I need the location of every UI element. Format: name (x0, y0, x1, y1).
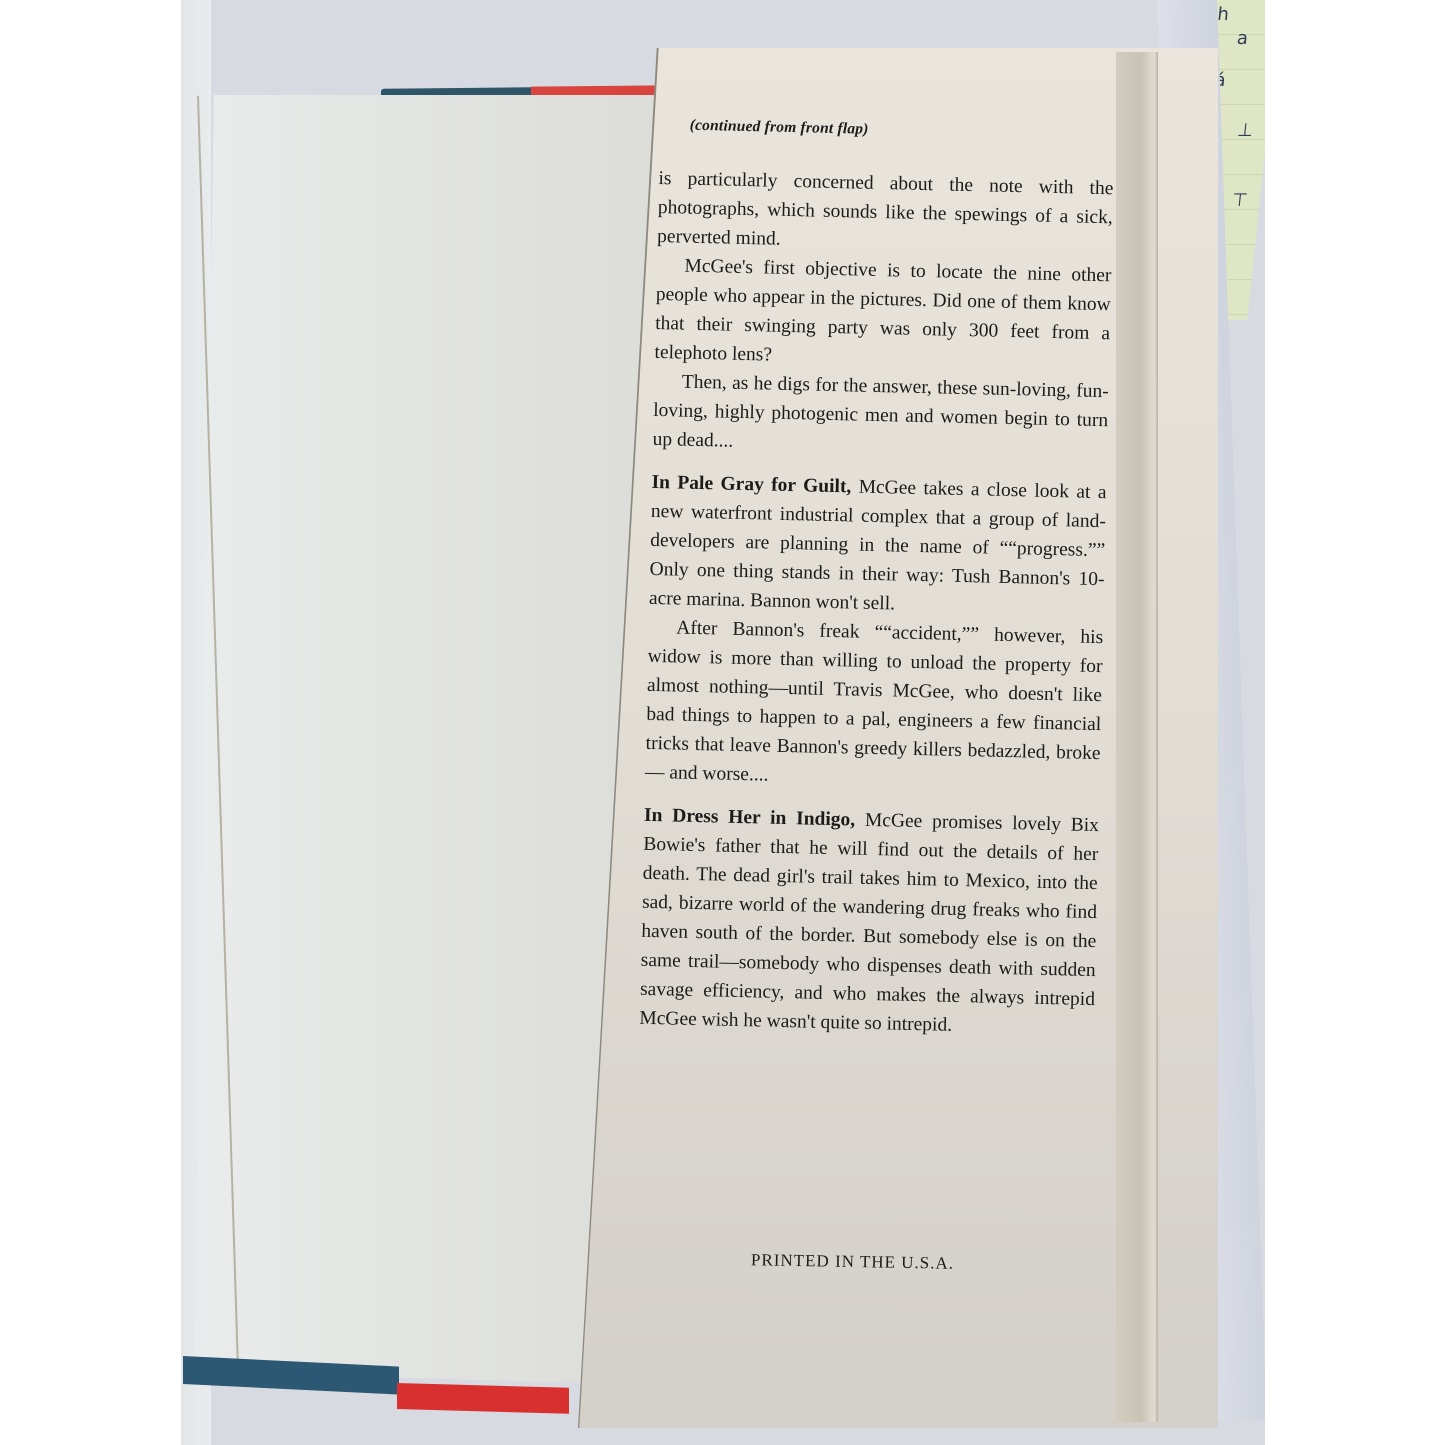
flap-text: (continued from front flap) is particula… (639, 112, 1115, 1043)
section-paragraph: McGee takes a close look at a new waterf… (649, 477, 1107, 615)
section-paragraph: After Bannon's freak ““accident,”” howev… (645, 613, 1104, 797)
headband-bottom-red (397, 1383, 569, 1414)
notepad-scribble: h (1216, 4, 1230, 25)
section-pale-gray: In Pale Gray for Guilt, McGee takes a cl… (645, 468, 1107, 797)
section-title: In Dress Her in Indigo, (644, 805, 856, 831)
intro-paragraph: is particularly concerned about the note… (657, 164, 1114, 261)
continued-note: (continued from front flap) (689, 117, 1114, 145)
jacket-fold (1116, 52, 1158, 1422)
section-paragraph: McGee promises lovely Bix Bowie's father… (639, 810, 1099, 1036)
intro-paragraph: Then, as he digs for the answer, these s… (652, 367, 1109, 464)
intro-paragraph: McGee's first objective is to locate the… (654, 251, 1112, 377)
notepad-scribble: ⊤ (1231, 190, 1249, 211)
notepad-scribble: a (1236, 28, 1249, 49)
section-dress-her: In Dress Her in Indigo, McGee promises l… (639, 801, 1099, 1043)
imprint: PRINTED IN THE U.S.A. (751, 1250, 954, 1274)
notepad-scribble: ⊥ (1236, 120, 1254, 141)
book-photo: h a á ⊥ a ⊤ (continued from front flap) … (181, 0, 1265, 1445)
section-title: In Pale Gray for Guilt, (651, 472, 851, 498)
